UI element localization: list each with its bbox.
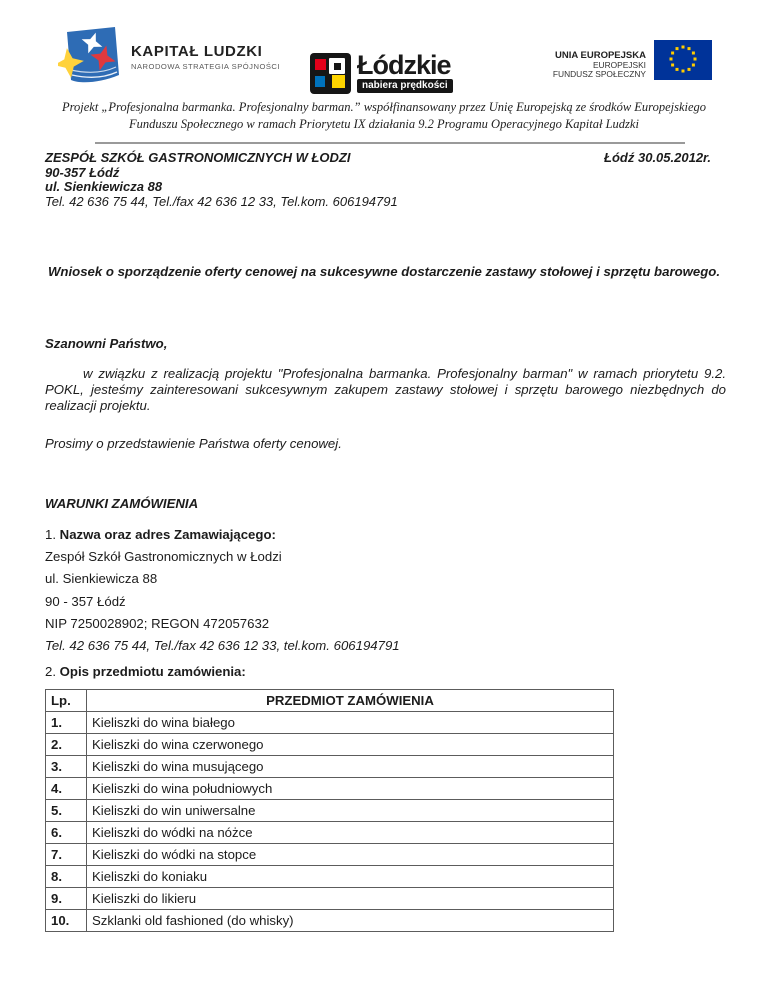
address-line: NIP 7250028902; REGON 472057632 xyxy=(45,616,725,632)
table-row: 7.Kieliszki do wódki na stopce xyxy=(46,844,614,866)
table-row: 10.Szklanki old fashioned (do whisky) xyxy=(46,910,614,932)
row-subject: Kieliszki do wódki na stopce xyxy=(87,844,614,866)
logo-eu: UNIA EUROPEJSKA EUROPEJSKI FUNDUSZ SPOŁE… xyxy=(553,40,712,80)
row-number: 6. xyxy=(46,822,87,844)
kapital-ludzki-subtitle: NARODOWA STRATEGIA SPÓJNOŚCI xyxy=(131,62,280,71)
row-subject: Kieliszki do wina białego xyxy=(87,712,614,734)
body-paragraph: w związku z realizacją projektu "Profesj… xyxy=(45,366,726,414)
eu-text: UNIA EUROPEJSKA EUROPEJSKI FUNDUSZ SPOŁE… xyxy=(553,51,646,80)
document-page: KAPITAŁ LUDZKI NARODOWA STRATEGIA SPÓJNO… xyxy=(0,0,768,994)
salutation: Szanowni Państwo, xyxy=(45,336,167,351)
lodzkie-title: Łódzkie xyxy=(357,53,453,78)
row-number: 3. xyxy=(46,756,87,778)
document-title: Wniosek o sporządzenie oferty cenowej na… xyxy=(45,262,723,281)
row-subject: Kieliszki do koniaku xyxy=(87,866,614,888)
address-line: ul. Sienkiewicza 88 xyxy=(45,571,725,587)
lodzkie-text: Łódzkie nabiera prędkości xyxy=(357,53,453,93)
table-row: 2.Kieliszki do wina czerwonego xyxy=(46,734,614,756)
row-number: 4. xyxy=(46,778,87,800)
logo-kapital-ludzki: KAPITAŁ LUDZKI NARODOWA STRATEGIA SPÓJNO… xyxy=(58,26,280,88)
eu-line3: FUNDUSZ SPOŁECZNY xyxy=(553,70,646,80)
row-number: 5. xyxy=(46,800,87,822)
org-street: ul. Sienkiewicza 88 xyxy=(45,180,711,195)
terms-heading: WARUNKI ZAMÓWIENIA xyxy=(45,496,198,511)
table-row: 5.Kieliszki do win uniwersalne xyxy=(46,800,614,822)
row-subject: Kieliszki do likieru xyxy=(87,888,614,910)
table-row: 1.Kieliszki do wina białego xyxy=(46,712,614,734)
kapital-ludzki-title: KAPITAŁ LUDZKI xyxy=(131,44,280,59)
item1-number: 1. xyxy=(45,527,56,542)
table-row: 3.Kieliszki do wina musującego xyxy=(46,756,614,778)
header-logos: KAPITAŁ LUDZKI NARODOWA STRATEGIA SPÓJNO… xyxy=(58,24,712,94)
header-lp: Lp. xyxy=(46,690,87,712)
row-subject: Kieliszki do wina musującego xyxy=(87,756,614,778)
row-subject: Kieliszki do wódki na nóżce xyxy=(87,822,614,844)
logo-lodzkie: Łódzkie nabiera prędkości xyxy=(310,53,453,94)
row-subject: Kieliszki do win uniwersalne xyxy=(87,800,614,822)
section-item-1: 1. Nazwa oraz adres Zamawiającego: xyxy=(45,527,276,542)
orderer-address-block: Zespół Szkół Gastronomicznych w Łodzi ul… xyxy=(45,549,725,660)
row-number: 1. xyxy=(46,712,87,734)
closing-line: Prosimy o przedstawienie Państwa oferty … xyxy=(45,436,342,451)
item2-label: Opis przedmiotu zamówienia: xyxy=(60,664,246,679)
header-subject: PRZEDMIOT ZAMÓWIENIA xyxy=(87,690,614,712)
address-line: Zespół Szkół Gastronomicznych w Łodzi xyxy=(45,549,725,565)
row-subject: Kieliszki do wina czerwonego xyxy=(87,734,614,756)
row-number: 2. xyxy=(46,734,87,756)
letterhead: ZESPÓŁ SZKÓŁ GASTRONOMICZNYCH W ŁODZI 90… xyxy=(45,151,711,209)
section-item-2: 2. Opis przedmiotu zamówienia: xyxy=(45,664,246,679)
row-number: 9. xyxy=(46,888,87,910)
kapital-ludzki-flag-icon xyxy=(58,26,122,88)
table-header-row: Lp. PRZEDMIOT ZAMÓWIENIA xyxy=(46,690,614,712)
document-date: Łódź 30.05.2012r. xyxy=(604,151,711,166)
project-funding-note: Projekt „Profesjonalna barmanka. Profesj… xyxy=(48,99,720,132)
order-items-table: Lp. PRZEDMIOT ZAMÓWIENIA 1.Kieliszki do … xyxy=(45,689,614,932)
order-table-body: 1.Kieliszki do wina białego2.Kieliszki d… xyxy=(46,712,614,932)
address-line: 90 - 357 Łódź xyxy=(45,594,725,610)
row-number: 7. xyxy=(46,844,87,866)
lodzkie-logo-icon xyxy=(310,53,351,94)
row-number: 8. xyxy=(46,866,87,888)
row-subject: Kieliszki do wina południowych xyxy=(87,778,614,800)
kapital-ludzki-text: KAPITAŁ LUDZKI NARODOWA STRATEGIA SPÓJNO… xyxy=(131,44,280,71)
item1-label: Nazwa oraz adres Zamawiającego: xyxy=(60,527,276,542)
row-number: 10. xyxy=(46,910,87,932)
table-row: 9.Kieliszki do likieru xyxy=(46,888,614,910)
eu-flag-icon xyxy=(654,40,712,80)
org-postal: 90-357 Łódź xyxy=(45,166,711,181)
lodzkie-subtitle: nabiera prędkości xyxy=(357,79,453,93)
horizontal-divider xyxy=(95,142,685,144)
table-row: 8.Kieliszki do koniaku xyxy=(46,866,614,888)
row-subject: Szklanki old fashioned (do whisky) xyxy=(87,910,614,932)
table-row: 4.Kieliszki do wina południowych xyxy=(46,778,614,800)
table-row: 6.Kieliszki do wódki na nóżce xyxy=(46,822,614,844)
address-line-phones: Tel. 42 636 75 44, Tel./fax 42 636 12 33… xyxy=(45,638,725,654)
item2-number: 2. xyxy=(45,664,56,679)
org-phones: Tel. 42 636 75 44, Tel./fax 42 636 12 33… xyxy=(45,195,711,210)
